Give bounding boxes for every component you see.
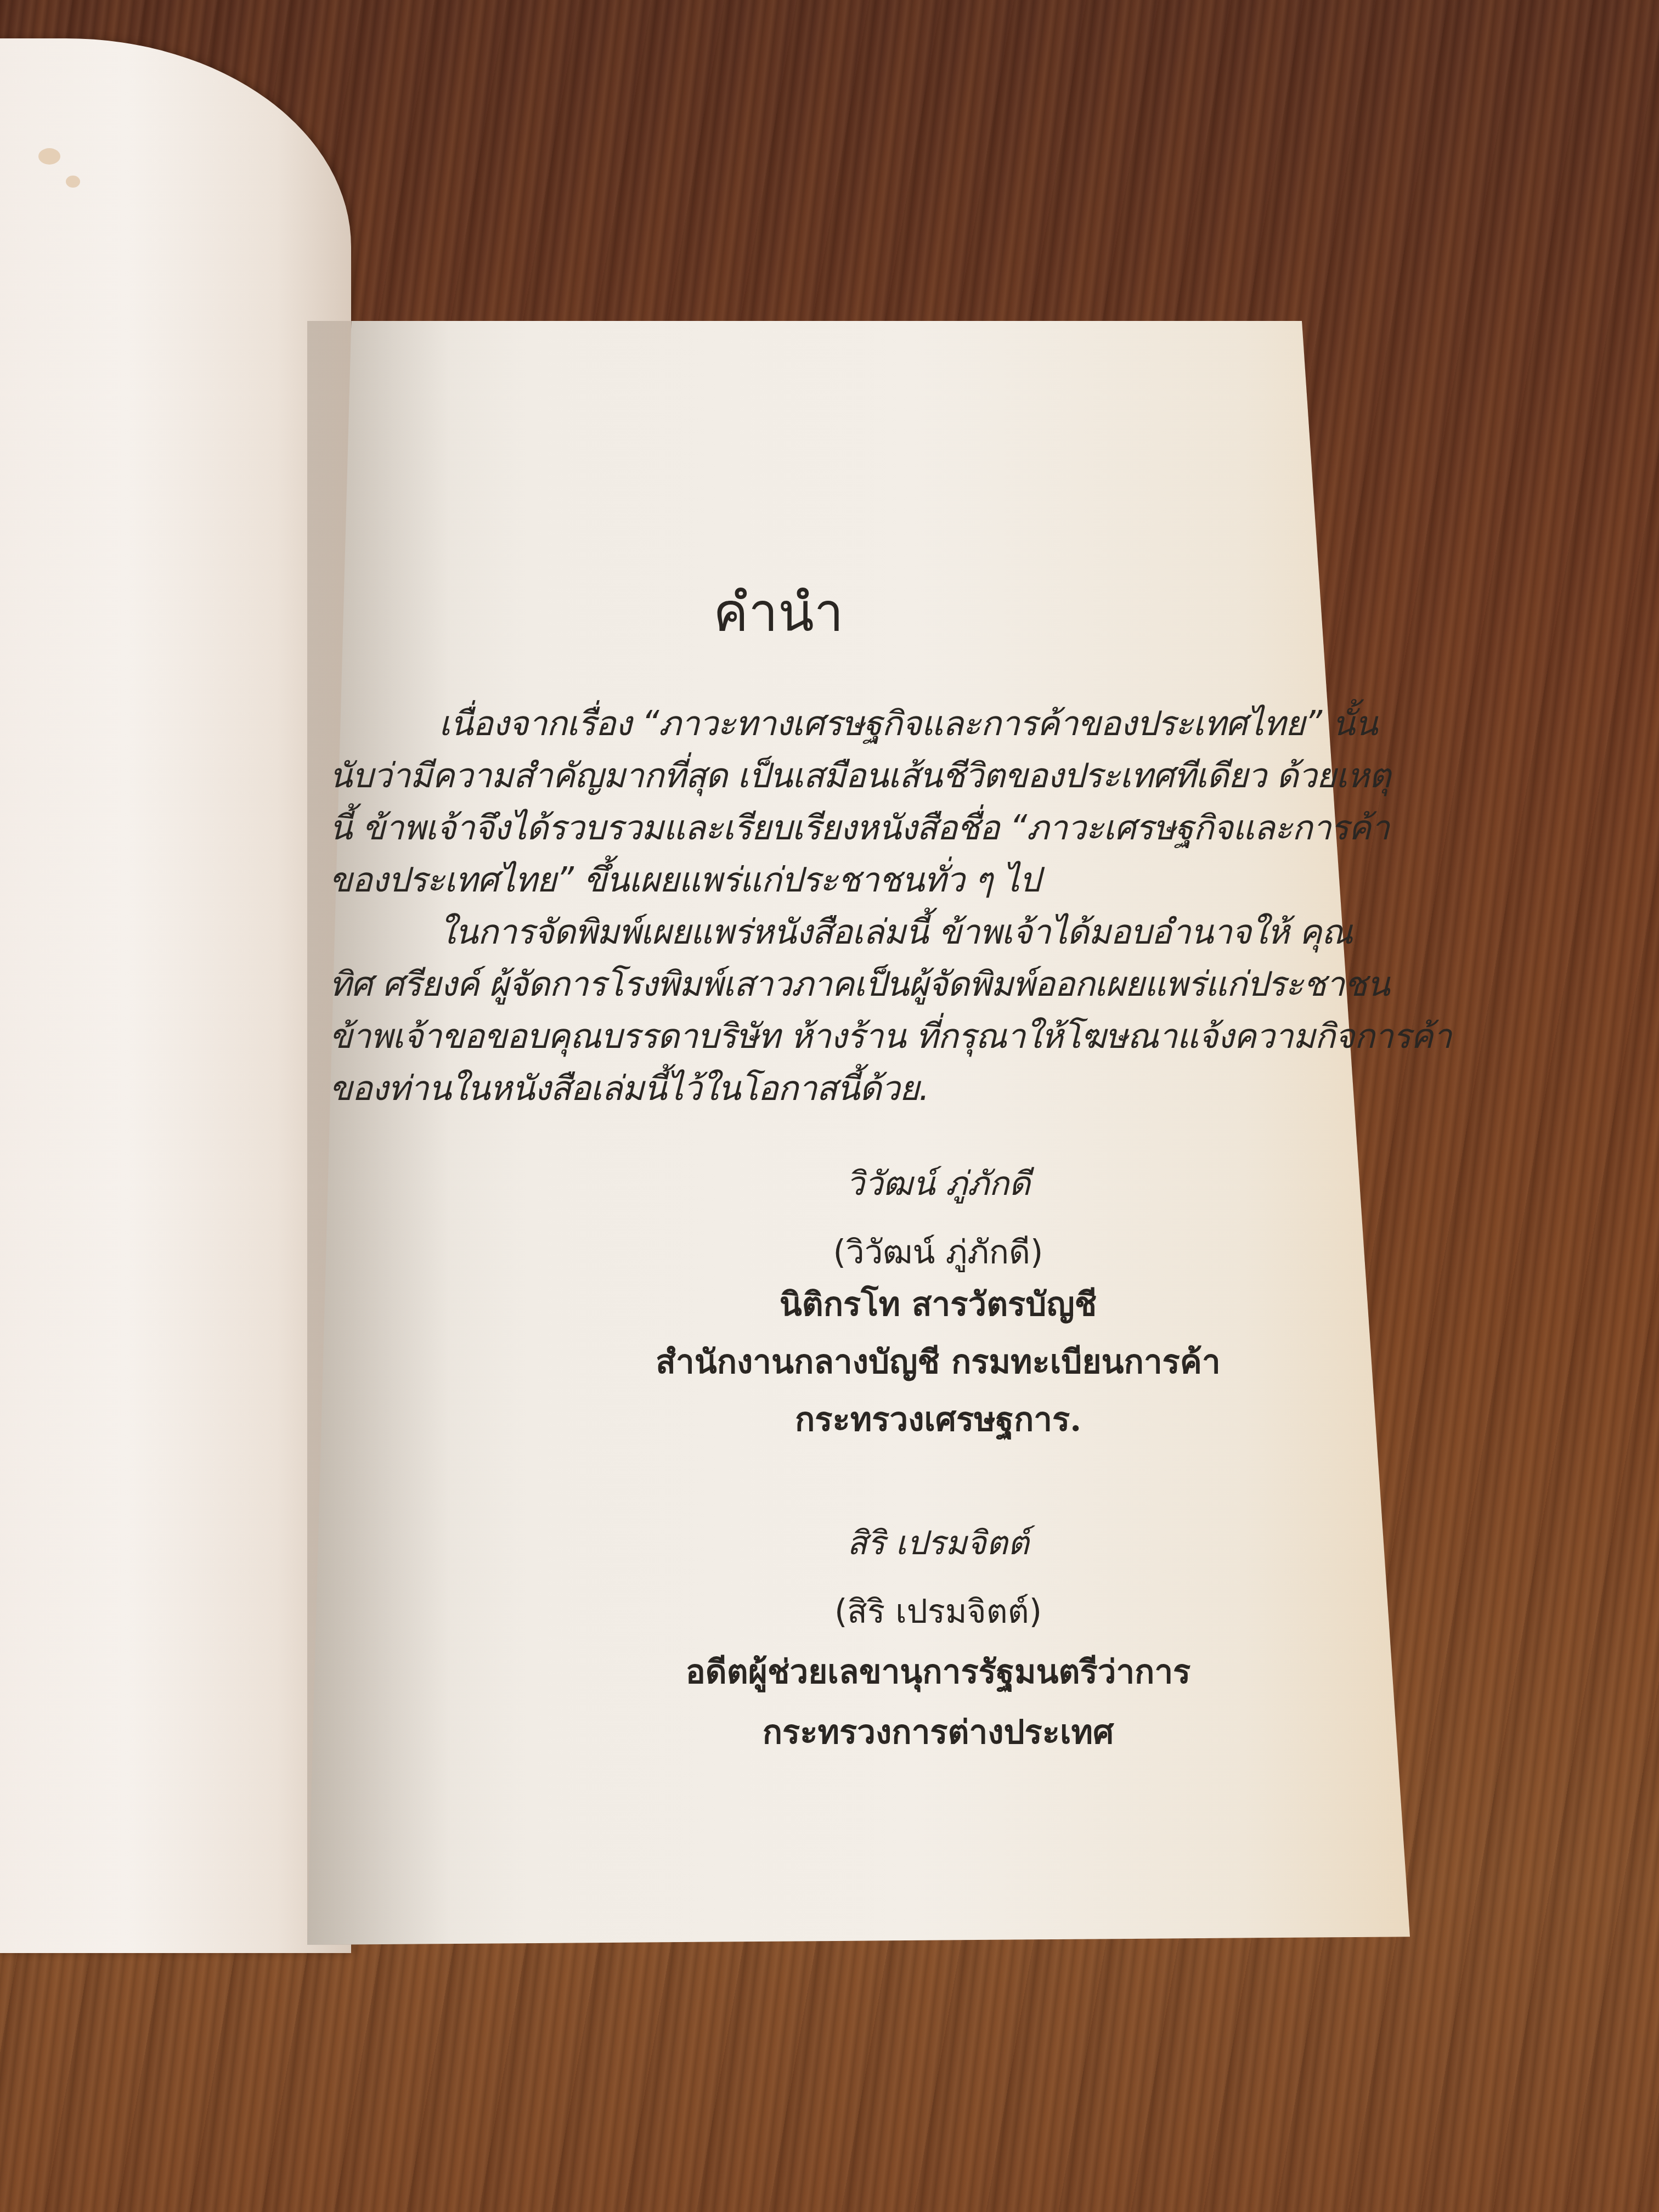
signature-2-signed-name: สิริ เปรมจิตต์ bbox=[636, 1517, 1240, 1569]
signature-1-title-line-3: กระทรวงเศรษฐการ. bbox=[636, 1393, 1240, 1446]
right-page bbox=[307, 321, 1410, 1945]
paragraph-1-line-3: นี้ ข้าพเจ้าจึงได้รวบรวมและเรียบเรียงหนั… bbox=[329, 801, 1389, 855]
paragraph-2-line-4: ของท่านในหนังสือเล่มนี้ไว้ในโอกาสนี้ด้วย… bbox=[329, 1062, 929, 1115]
signature-2-title-line-2: กระทรวงการต่างประเทศ bbox=[636, 1706, 1240, 1758]
paragraph-2-line-3: ข้าพเจ้าขอขอบคุณบรรดาบริษัท ห้างร้าน ที่… bbox=[329, 1009, 1451, 1063]
signature-1-printed-name: (วิวัฒน์ ภู่ภักดี) bbox=[636, 1226, 1240, 1278]
signature-1-signed-name: วิวัฒน์ ภู่ภักดี bbox=[636, 1158, 1240, 1210]
left-page-curled bbox=[0, 38, 351, 1953]
paragraph-2-line-1: ในการจัดพิมพ์เผยแพร่หนังสือเล่มนี้ ข้าพเ… bbox=[439, 905, 1352, 959]
signature-2-title-line-1: อดีตผู้ช่วยเลขานุการรัฐมนตรีว่าการ bbox=[636, 1646, 1240, 1698]
paragraph-1-line-1: เนื่องจากเรื่อง “ภาวะทางเศรษฐกิจและการค้… bbox=[439, 697, 1378, 751]
page-title: คำนำ bbox=[713, 571, 844, 654]
paragraph-1-line-2: นับว่ามีความสำคัญมากที่สุด เป็นเสมือนเส้… bbox=[329, 749, 1390, 803]
signature-1-title-line-2: สำนักงานกลางบัญชี กรมทะเบียนการค้า bbox=[636, 1336, 1240, 1388]
paragraph-2-line-2: ทิศ ศรียงค์ ผู้จัดการโรงพิมพ์เสาวภาคเป็น… bbox=[329, 957, 1390, 1011]
signature-1-title-line-1: นิติกรโท สารวัตรบัญชี bbox=[636, 1278, 1240, 1330]
paragraph-1-line-4: ของประเทศไทย” ขึ้นเผยแพร่แก่ประชาชนทั่ว … bbox=[329, 853, 1040, 907]
signature-2-printed-name: (สิริ เปรมจิตต์) bbox=[636, 1585, 1240, 1638]
paper-stain bbox=[38, 148, 60, 165]
paper-stain bbox=[66, 176, 80, 188]
